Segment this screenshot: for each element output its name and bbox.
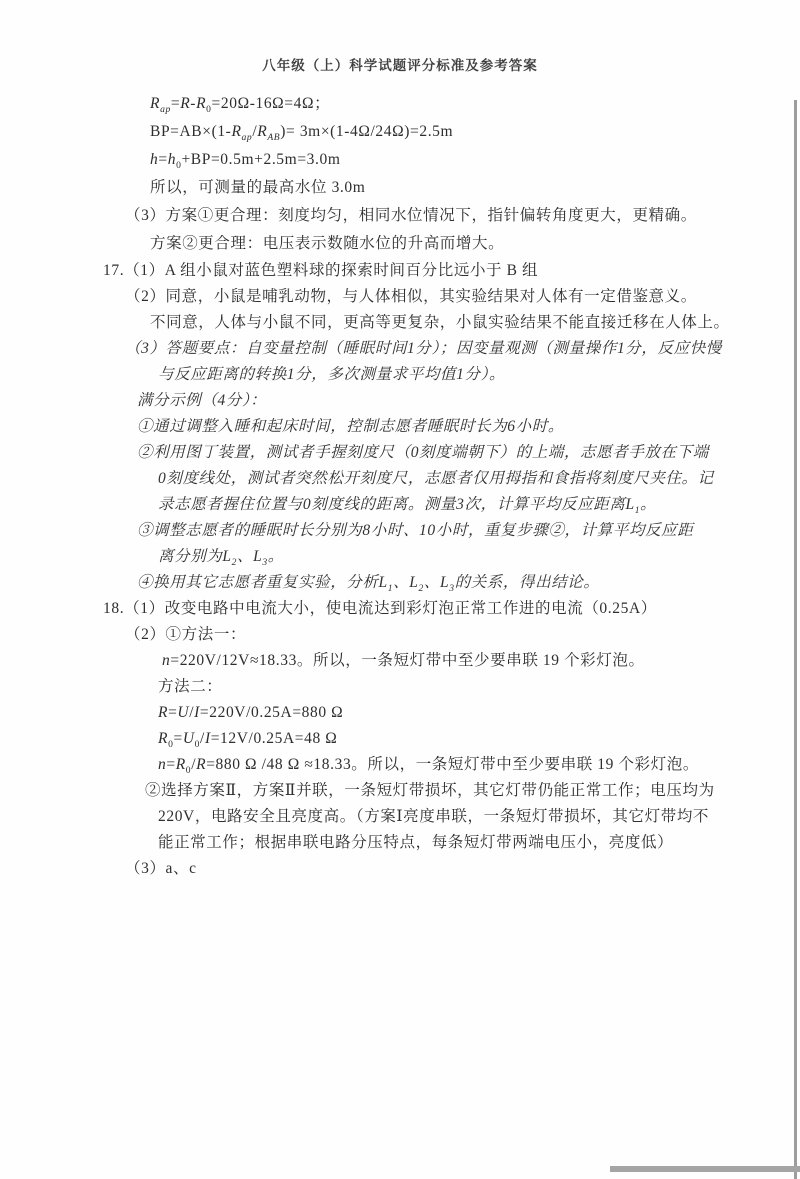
page-title: 八年级（上）科学试题评分标准及参考答案 xyxy=(0,54,800,74)
document-line: ②利用图丁装置，测试者手握刻度尺（0刻度端朝下）的上端，志愿者手放在下端 xyxy=(0,440,800,466)
document-line: 18.（1）改变电路中电流大小，使电流达到彩灯泡正常工作进的电流（0.25A） xyxy=(0,596,800,622)
document-line: R=U/I=220V/0.25A=880 Ω xyxy=(0,700,800,726)
document-line: （3）答题要点：自变量控制（睡眠时间1分）；因变量观测（测量操作1分，反应快慢 xyxy=(0,336,800,362)
document-line: （2）①方法一： xyxy=(0,622,800,648)
document-line: （3）a、c xyxy=(0,856,800,882)
document-line: n=R0/R=880 Ω /48 Ω ≈18.33。所以，一条短灯带中至少要串联… xyxy=(0,752,800,778)
scan-edge-bottom xyxy=(610,1166,800,1172)
document-line: 离分别为L2、L3。 xyxy=(0,544,800,570)
document-line: BP=AB×(1-Rap/RAB)= 3m×(1-4Ω/24Ω)=2.5m xyxy=(0,118,800,146)
document-line: 不同意，人体与小鼠不同，更高等更复杂，小鼠实验结果不能直接迁移在人体上。 xyxy=(0,310,800,336)
document-line: h=h0+BP=0.5m+2.5m=3.0m xyxy=(0,146,800,174)
document-line: ③调整志愿者的睡眠时长分别为8小时、10小时，重复步骤②，计算平均反应距 xyxy=(0,518,800,544)
document-line: （2）同意，小鼠是哺乳动物，与人体相似，其实验结果对人体有一定借鉴意义。 xyxy=(0,284,800,310)
document-line: 能正常工作；根据串联电路分压特点，每条短灯带两端电压小，亮度低） xyxy=(0,830,800,856)
document-line: 与反应距离的转换1分，多次测量求平均值1分）。 xyxy=(0,362,800,388)
scan-edge-right xyxy=(794,100,797,1179)
document-line: （3）方案①更合理：刻度均匀，相同水位情况下，指针偏转角度更大，更精确。 xyxy=(0,202,800,230)
document-line: R0=U0/I=12V/0.25A=48 Ω xyxy=(0,726,800,752)
document-line: 220V，电路安全且亮度高。（方案Ⅰ亮度串联，一条短灯带损坏，其它灯带均不 xyxy=(0,804,800,830)
document-line: 17.（1）A 组小鼠对蓝色塑料球的探索时间百分比远小于 B 组 xyxy=(0,258,800,284)
exam-answer-page: 八年级（上）科学试题评分标准及参考答案 Rap=R-R0=20Ω-16Ω=4Ω；… xyxy=(0,0,800,1179)
document-line: ②选择方案Ⅱ，方案Ⅱ并联，一条短灯带损坏，其它灯带仍能正常工作；电压均为 xyxy=(0,778,800,804)
document-line: 满分示例（4分）： xyxy=(0,388,800,414)
document-line: 所以，可测量的最高水位 3.0m xyxy=(0,174,800,202)
document-line: n=220V/12V≈18.33。所以，一条短灯带中至少要串联 19 个彩灯泡。 xyxy=(0,648,800,674)
document-line: ①通过调整入睡和起床时间，控制志愿者睡眠时长为6小时。 xyxy=(0,414,800,440)
answer-text-body: Rap=R-R0=20Ω-16Ω=4Ω；BP=AB×(1-Rap/RAB)= 3… xyxy=(0,90,800,882)
document-line: 0刻度线处，测试者突然松开刻度尺，志愿者仅用拇指和食指将刻度尺夹住。记 xyxy=(0,466,800,492)
document-line: ④换用其它志愿者重复实验，分析L1、L2、L3的关系，得出结论。 xyxy=(0,570,800,596)
document-line: 录志愿者握住位置与0刻度线的距离。测量3次，计算平均反应距离L1。 xyxy=(0,492,800,518)
document-line: 方案②更合理：电压表示数随水位的升高而增大。 xyxy=(0,230,800,258)
document-line: Rap=R-R0=20Ω-16Ω=4Ω； xyxy=(0,90,800,118)
document-line: 方法二： xyxy=(0,674,800,700)
